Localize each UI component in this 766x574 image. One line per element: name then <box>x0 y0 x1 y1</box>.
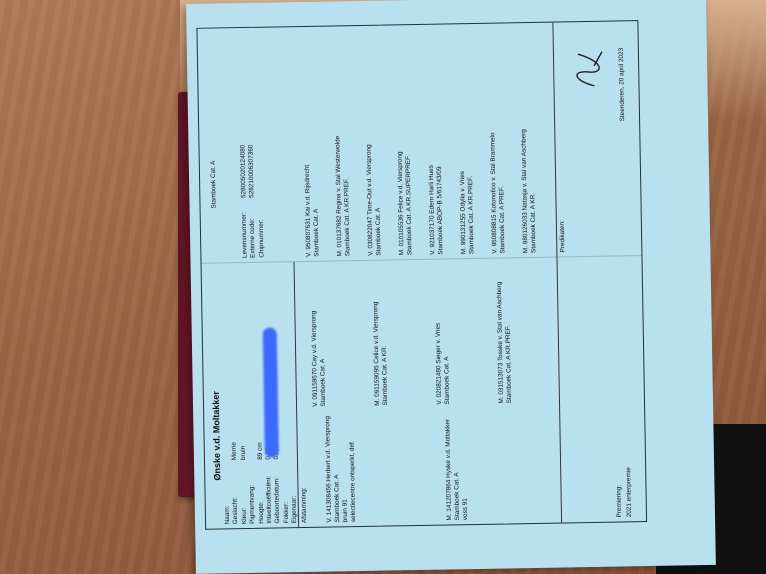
field-label: Geslacht: <box>232 497 240 524</box>
parent-line: M. 141207864 Hyske v.d. Moltakker <box>444 419 454 521</box>
field-label: Kleur: <box>241 507 249 524</box>
great-grandparent-studbook: Stamboek Cat. A <box>375 208 384 256</box>
field-label: Inteeltcoëfficiënt: <box>265 476 274 524</box>
field-value: bruin <box>240 446 248 460</box>
id-label: Chipnummer: <box>258 219 267 257</box>
divider <box>294 262 300 527</box>
great-grandparent-studbook: Stamboek Cat. A KR.PREF. <box>467 176 476 254</box>
afstamming-label: Afstamming: <box>300 487 309 523</box>
field-label: Naam: <box>224 505 232 524</box>
grandparent-studbook: Stamboek Cat. A <box>443 356 452 404</box>
parent-line: V. 141308456 Herbert v.d. Viersprong <box>324 416 334 523</box>
great-grandparent-studbook: Stamboek Cat. A KR.SUPERPREF. <box>405 155 415 255</box>
id-fields: Levensnummer:528005020124080Externe code… <box>197 29 206 529</box>
pedigree-certificate: Ønske v.d. Moltakker Stamboek Cat. A Naa… <box>186 0 716 574</box>
field-value: 89 cm <box>256 442 264 460</box>
parent-line: selectiecentre ontsperkt, def. <box>349 440 358 522</box>
id-label: Externe code: <box>249 218 258 258</box>
parent-line: voss 91 <box>462 498 470 520</box>
great-grandparent-studbook: Stamboek Cat. A PREF. <box>498 186 507 254</box>
great-grandparent-studbook: Stamboek ABOP-B 5/61743/09 <box>436 166 446 254</box>
premiering-label: Premiering: <box>615 485 624 518</box>
id-label: Levensnummer: <box>241 212 250 258</box>
signature <box>564 46 611 93</box>
grandparent-studbook: Stamboek Cat. A <box>319 359 328 407</box>
great-grandparent-name: M. 980126033 Natasja v. Stal van Aschber… <box>520 129 530 253</box>
predikaten-label: Predikaten: <box>559 220 568 252</box>
great-grandparent-name: V. 030822047 Time-Out v.d. Viersprong <box>365 144 375 256</box>
great-grandparent-studbook: Stamboek Cat. A <box>313 209 322 257</box>
grandparent-studbook: Stamboek Cat. A KR. <box>381 345 390 405</box>
place-date: Steenderen, 20 april 2023 <box>618 48 627 122</box>
certificate-content: Ønske v.d. Moltakker Stamboek Cat. A Naa… <box>182 6 661 544</box>
horse-name: Ønske v.d. Moltakker <box>212 391 222 481</box>
field-value: Merrie <box>231 442 239 460</box>
id-value: 528210006307360 <box>248 144 257 197</box>
field-label: Hoogte: <box>257 501 265 524</box>
certificate-frame: Ønske v.d. Moltakker Stamboek Cat. A Naa… <box>196 20 647 530</box>
grandparent-studbook: Stamboek Cat. A KR.PREF. <box>505 325 514 403</box>
field-label: Pigmentvang: <box>249 485 258 524</box>
studbook-header: Stamboek Cat. A <box>210 161 219 209</box>
redacted-owner <box>263 327 279 457</box>
divider <box>552 23 562 523</box>
field-label: Fokker: <box>283 502 291 523</box>
great-grandparent-studbook: Stamboek Cat. A KR. <box>529 193 538 253</box>
horse-fields: Naam:Geslacht:MerrieKleur:bruinPigmentva… <box>197 29 206 529</box>
premiering-value: 2021 enterpremie <box>625 467 634 517</box>
fold-line <box>202 255 642 264</box>
great-grandparent-studbook: Stamboek Cat. A KR.PREF. <box>343 178 352 256</box>
field-label: Geboortedatum: <box>274 477 283 523</box>
parent-line: Stamboek Cat. A <box>453 472 462 520</box>
pedigree-tree: V. 141308456 Herbert v.d. ViersprongStam… <box>197 29 206 529</box>
